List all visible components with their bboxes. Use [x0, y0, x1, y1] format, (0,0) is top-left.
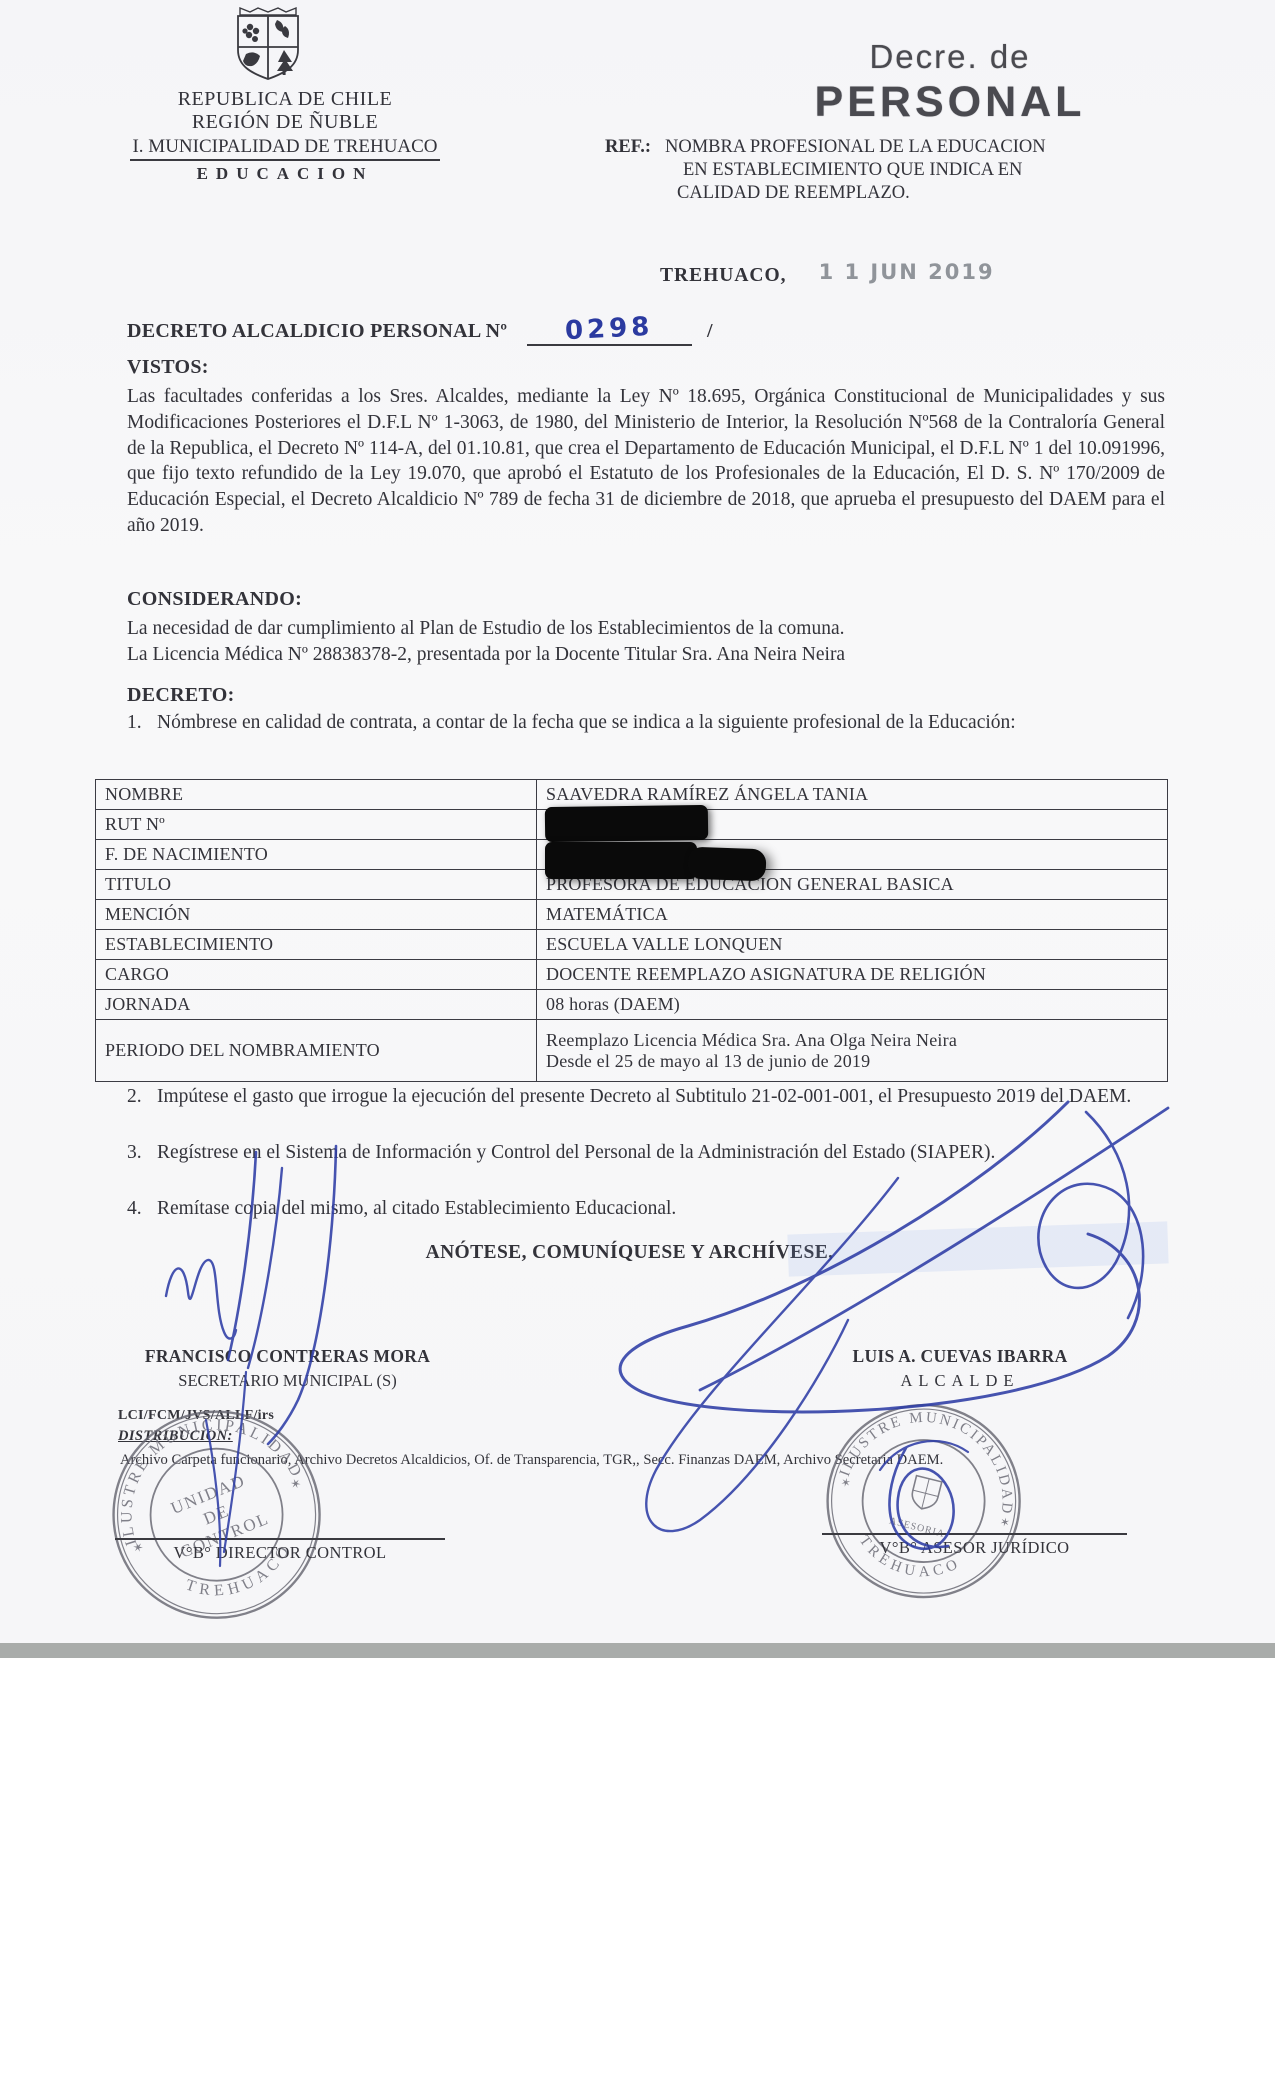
- svg-text:✶: ✶: [839, 1475, 852, 1491]
- svg-text:✶: ✶: [998, 1514, 1011, 1530]
- date-stamp: 1 1 JUN 2019: [819, 260, 995, 284]
- item-number: 2.: [127, 1084, 157, 1110]
- period-line-1: Reemplazo Licencia Médica Sra. Ana Olga …: [546, 1030, 1161, 1051]
- decreto-item-2: 2. Impútese el gasto que irrogue la ejec…: [127, 1084, 1172, 1110]
- item-text: Impútese el gasto que irrogue la ejecuci…: [157, 1084, 1172, 1110]
- period-line-2: Desde el 25 de mayo al 13 de junio de 20…: [546, 1051, 1161, 1072]
- item-text: Regístrese en el Sistema de Información …: [157, 1140, 1172, 1166]
- item-number: 3.: [127, 1140, 157, 1166]
- vistos-paragraph: Las facultades conferidas a los Sres. Al…: [127, 384, 1165, 539]
- mayor-title: ALCALDE: [790, 1371, 1130, 1391]
- closing-text: ANÓTESE, COMUNÍQUESE Y ARCHÍVESE,: [426, 1242, 834, 1264]
- table-row: JORNADA08 horas (DAEM): [96, 990, 1168, 1020]
- coat-of-arms-icon: [232, 6, 304, 88]
- decreto-item-4: 4. Remítase copia del mismo, al citado E…: [127, 1196, 1172, 1222]
- redaction-mark-birthdate: [545, 842, 697, 879]
- decree-number-underline: 0298: [527, 314, 692, 346]
- row-label: CARGO: [96, 960, 537, 990]
- svg-text:✶: ✶: [288, 1475, 304, 1493]
- item-number: 1.: [127, 710, 157, 736]
- approval-legal-advisor: V°B° ASESOR JURÍDICO: [822, 1533, 1127, 1558]
- signature-block-mayor: LUIS A. CUEVAS IBARRA ALCALDE: [790, 1346, 1130, 1391]
- secretary-title: SECRETARIO MUNICIPAL (S): [115, 1371, 460, 1391]
- decreto-heading: DECRETO:: [127, 684, 235, 707]
- closing-formula: ANÓTESE, COMUNÍQUESE Y ARCHÍVESE,: [0, 1242, 1275, 1264]
- secretary-name: FRANCISCO CONTRERAS MORA: [115, 1346, 460, 1367]
- scanned-decree-page: { "header": { "org_line1": "REPUBLICA DE…: [0, 0, 1275, 2100]
- place-and-date: TREHUACO, 1 1 JUN 2019: [660, 262, 1140, 287]
- table-row: MENCIÓNMATEMÁTICA: [96, 900, 1168, 930]
- row-label: F. DE NACIMIENTO: [96, 840, 537, 870]
- row-value: Reemplazo Licencia Médica Sra. Ana Olga …: [537, 1020, 1168, 1082]
- row-value: MATEMÁTICA: [537, 900, 1168, 930]
- row-value: DOCENTE REEMPLAZO ASIGNATURA DE RELIGIÓN: [537, 960, 1168, 990]
- considerando-line-2: La Licencia Médica Nº 28838378-2, presen…: [127, 642, 1165, 668]
- org-municipality: I. MUNICIPALIDAD DE TREHUACO: [130, 136, 439, 161]
- decree-number-line: DECRETO ALCALDICIO PERSONAL Nº 0298 /: [127, 314, 1027, 346]
- row-value: ESCUELA VALLE LONQUEN: [537, 930, 1168, 960]
- decree-number-label: DECRETO ALCALDICIO PERSONAL Nº: [127, 320, 507, 342]
- decreto-item-1: 1. Nómbrese en calidad de contrata, a co…: [127, 710, 1172, 736]
- org-department: EDUCACION: [100, 164, 470, 184]
- approval-director-control: V°B° DIRECTOR CONTROL: [115, 1538, 445, 1563]
- place-name: TREHUACO,: [660, 265, 787, 287]
- decreto-item-3: 3. Regístrese en el Sistema de Informaci…: [127, 1140, 1172, 1166]
- table-row: CARGODOCENTE REEMPLAZO ASIGNATURA DE REL…: [96, 960, 1168, 990]
- ref-line-3: CALIDAD DE REEMPLAZO.: [665, 182, 1046, 205]
- ref-line-2: EN ESTABLECIMIENTO QUE INDICA EN: [665, 159, 1046, 182]
- ref-label: REF.:: [605, 136, 665, 205]
- signature-block-secretary: FRANCISCO CONTRERAS MORA SECRETARIO MUNI…: [115, 1346, 460, 1391]
- row-label: MENCIÓN: [96, 900, 537, 930]
- row-label: JORNADA: [96, 990, 537, 1020]
- ref-line-1: NOMBRA PROFESIONAL DE LA EDUCACION: [665, 136, 1046, 159]
- item-text: Remítase copia del mismo, al citado Esta…: [157, 1196, 1172, 1222]
- row-label: TITULO: [96, 870, 537, 900]
- org-country: REPUBLICA DE CHILE: [100, 88, 470, 111]
- personal-decree-stamp: Decre. de PERSONAL: [780, 38, 1120, 127]
- row-value: 08 horas (DAEM): [537, 990, 1168, 1020]
- table-row: PERIODO DEL NOMBRAMIENTO Reemplazo Licen…: [96, 1020, 1168, 1082]
- considerando-paragraph: La necesidad de dar cumplimiento al Plan…: [127, 616, 1165, 668]
- redaction-mark-birthdate-smear: [687, 847, 766, 882]
- org-region: REGIÓN DE ÑUBLE: [100, 111, 470, 134]
- row-label: ESTABLECIMIENTO: [96, 930, 537, 960]
- decree-number-slash: /: [707, 320, 713, 342]
- redaction-mark-rut: [545, 805, 708, 842]
- row-label: RUT Nº: [96, 810, 537, 840]
- organization-header: REPUBLICA DE CHILE REGIÓN DE ÑUBLE I. MU…: [100, 88, 470, 183]
- considerando-heading: CONSIDERANDO:: [127, 588, 302, 611]
- stamp-line-2: PERSONAL: [780, 78, 1120, 127]
- vistos-heading: VISTOS:: [127, 356, 209, 379]
- mayor-name: LUIS A. CUEVAS IBARRA: [790, 1346, 1130, 1367]
- stamp-line-1: Decre. de: [780, 38, 1120, 76]
- decree-number-handwritten: 0298: [564, 312, 654, 347]
- item-number: 4.: [127, 1196, 157, 1222]
- item-text: Nómbrese en calidad de contrata, a conta…: [157, 710, 1172, 736]
- reference-block: REF.: NOMBRA PROFESIONAL DE LA EDUCACION…: [605, 136, 1075, 205]
- considerando-line-1: La necesidad de dar cumplimiento al Plan…: [127, 616, 1165, 642]
- table-row: ESTABLECIMIENTOESCUELA VALLE LONQUEN: [96, 930, 1168, 960]
- row-label: NOMBRE: [96, 780, 537, 810]
- row-label: PERIODO DEL NOMBRAMIENTO: [96, 1020, 537, 1082]
